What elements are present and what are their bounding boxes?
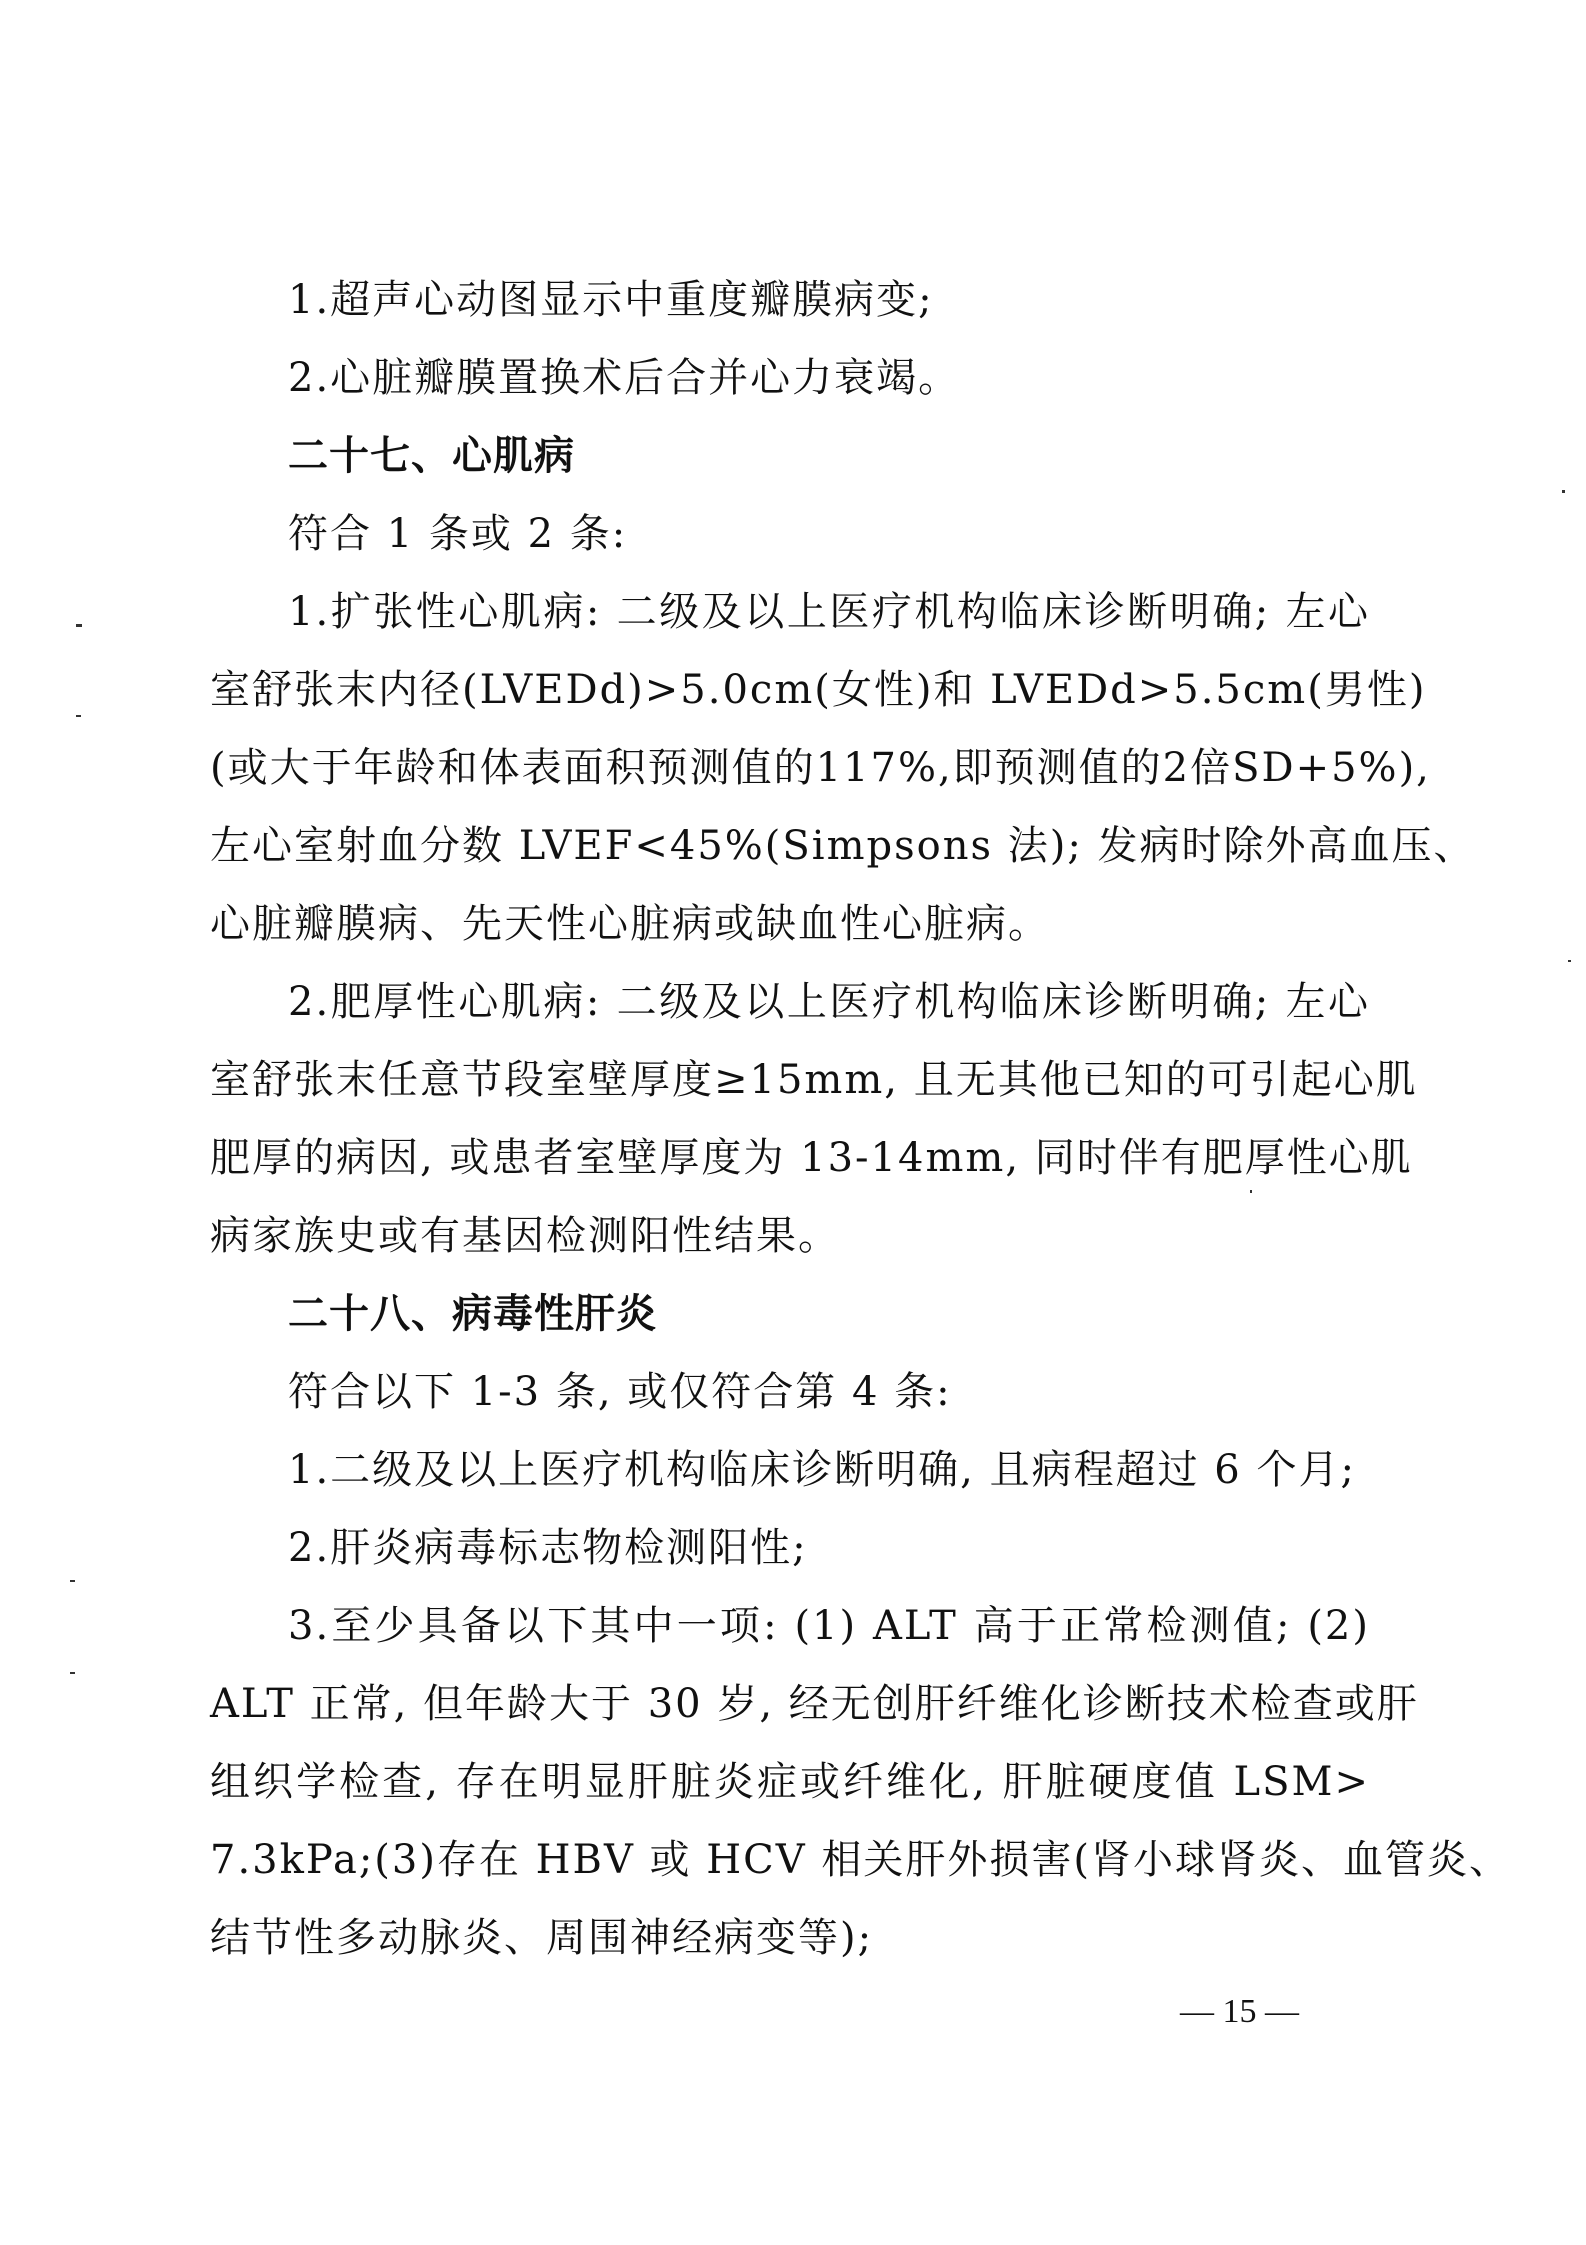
margin-mark xyxy=(76,715,81,717)
dilated-cardiomyopathy-line-3: (或大于年龄和体表面积预测值的117%,即预测值的2倍SD+5%), xyxy=(210,744,1370,792)
dilated-cardiomyopathy-line-2: 室舒张末内径(LVEDd)>5.0cm(女性)和 LVEDd>5.5cm(男性) xyxy=(210,666,1370,714)
hypertrophic-cardiomyopathy-line-1: 2.肥厚性心肌病: 二级及以上医疗机构临床诊断明确; 左心 xyxy=(288,978,1370,1026)
section-heading-viral-hepatitis: 二十八、病毒性肝炎 xyxy=(288,1290,1448,1338)
margin-mark xyxy=(1568,960,1571,962)
margin-mark xyxy=(1250,1190,1252,1193)
dilated-cardiomyopathy-line-5: 心脏瓣膜病、先天性心脏病或缺血性心脏病。 xyxy=(210,900,1370,948)
hepatitis-criterion-3-line-1: 3.至少具备以下其中一项: (1) ALT 高于正常检测值; (2) xyxy=(288,1602,1370,1650)
hypertrophic-cardiomyopathy-line-2: 室舒张末任意节段室壁厚度≥15mm, 且无其他已知的可引起心肌 xyxy=(210,1056,1370,1104)
hypertrophic-cardiomyopathy-line-4: 病家族史或有基因检测阳性结果。 xyxy=(210,1212,1370,1260)
valve-criterion-1: 1.超声心动图显示中重度瓣膜病变; xyxy=(288,276,1448,324)
margin-mark xyxy=(70,1672,75,1674)
hypertrophic-cardiomyopathy-line-3: 肥厚的病因, 或患者室壁厚度为 13-14mm, 同时伴有肥厚性心肌 xyxy=(210,1134,1370,1182)
hepatitis-criterion-1: 1.二级及以上医疗机构临床诊断明确, 且病程超过 6 个月; xyxy=(288,1446,1448,1494)
section-heading-cardiomyopathy: 二十七、心肌病 xyxy=(288,432,1448,480)
margin-mark xyxy=(1562,490,1565,493)
cardiomyopathy-condition: 符合 1 条或 2 条: xyxy=(288,510,1448,558)
dilated-cardiomyopathy-line-1: 1.扩张性心肌病: 二级及以上医疗机构临床诊断明确; 左心 xyxy=(288,588,1370,636)
hepatitis-criterion-3-line-3: 组织学检查, 存在明显肝脏炎症或纤维化, 肝脏硬度值 LSM> xyxy=(210,1758,1370,1806)
hepatitis-criterion-3-line-2: ALT 正常, 但年龄大于 30 岁, 经无创肝纤维化诊断技术检查或肝 xyxy=(210,1680,1370,1728)
document-page: 1.超声心动图显示中重度瓣膜病变; 2.心脏瓣膜置换术后合并心力衰竭。 二十七、… xyxy=(0,0,1586,2245)
page-number: — 15 — xyxy=(1180,1992,1299,2032)
valve-criterion-2: 2.心脏瓣膜置换术后合并心力衰竭。 xyxy=(288,354,1448,402)
hepatitis-criterion-3-line-4: 7.3kPa;(3)存在 HBV 或 HCV 相关肝外损害(肾小球肾炎、血管炎、 xyxy=(210,1836,1370,1884)
hepatitis-criterion-2: 2.肝炎病毒标志物检测阳性; xyxy=(288,1524,1448,1572)
hepatitis-criterion-3-line-5: 结节性多动脉炎、周围神经病变等); xyxy=(210,1914,1370,1962)
margin-mark xyxy=(70,1580,75,1582)
dilated-cardiomyopathy-line-4: 左心室射血分数 LVEF<45%(Simpsons 法); 发病时除外高血压、 xyxy=(210,822,1370,870)
hepatitis-condition: 符合以下 1-3 条, 或仅符合第 4 条: xyxy=(288,1368,1448,1416)
margin-mark xyxy=(76,624,82,627)
